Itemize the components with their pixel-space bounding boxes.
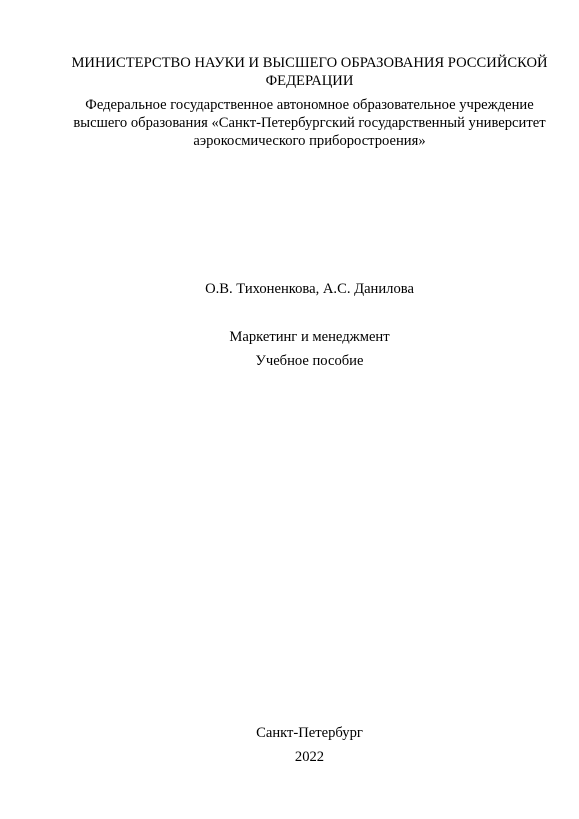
- document-subtitle: Учебное пособие: [20, 352, 579, 370]
- publication-city: Санкт-Петербург: [20, 724, 579, 742]
- ministry-line-2: ФЕДЕРАЦИИ: [20, 72, 579, 90]
- document-page: МИНИСТЕРСТВО НАУКИ И ВЫСШЕГО ОБРАЗОВАНИЯ…: [0, 0, 579, 819]
- institution-line-2: высшего образования «Санкт-Петербургский…: [20, 114, 579, 132]
- document-title: Маркетинг и менеджмент: [20, 328, 579, 346]
- ministry-line-1: МИНИСТЕРСТВО НАУКИ И ВЫСШЕГО ОБРАЗОВАНИЯ…: [20, 54, 579, 72]
- institution-line-1: Федеральное государственное автономное о…: [20, 96, 579, 114]
- publication-year: 2022: [20, 748, 579, 766]
- institution-line-3: аэрокосмического приборостроения»: [20, 132, 579, 150]
- authors: О.В. Тихоненкова, А.С. Данилова: [20, 280, 579, 298]
